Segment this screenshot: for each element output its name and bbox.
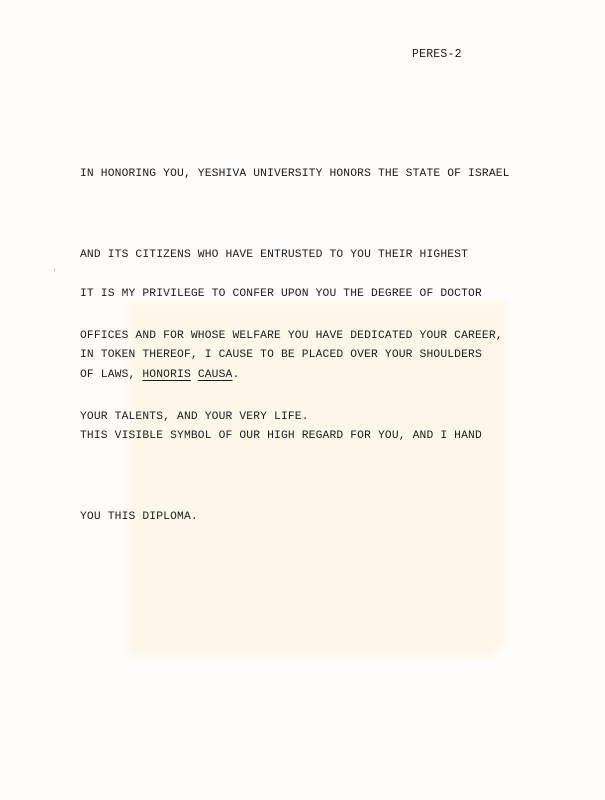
page-identifier: PERES-2 bbox=[412, 48, 462, 61]
text-line: YOU THIS DIPLOMA. bbox=[80, 504, 580, 531]
text-line: IN HONORING YOU, YESHIVA UNIVERSITY HONO… bbox=[80, 161, 580, 188]
paper-speck bbox=[54, 268, 55, 271]
text-line: IN TOKEN THEREOF, I CAUSE TO BE PLACED O… bbox=[80, 342, 580, 369]
document-page: PERES-2 IN HONORING YOU, YESHIVA UNIVERS… bbox=[0, 0, 605, 800]
paragraph-token-thereof: IN TOKEN THEREOF, I CAUSE TO BE PLACED O… bbox=[80, 288, 580, 585]
text-line: THIS VISIBLE SYMBOL OF OUR HIGH REGARD F… bbox=[80, 423, 580, 450]
